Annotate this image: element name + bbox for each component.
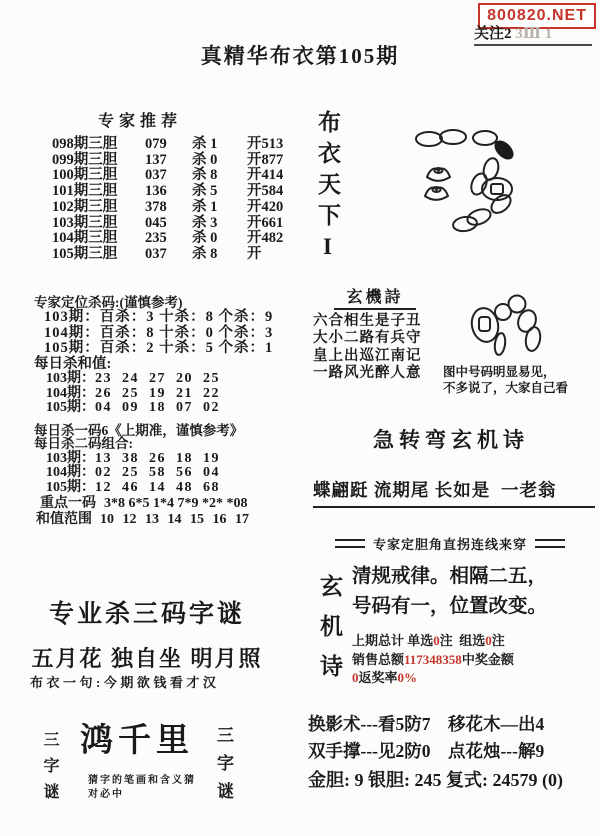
ring-icon [524,326,542,352]
period-cell: 098期三胆 [52,137,145,153]
three-code-riddle-line: 五月花 独自坐 明月照 [22,642,272,673]
coin-icon [482,178,512,200]
sum-range-line: 和值范围10 12 13 14 15 16 17 [36,508,249,528]
expert-recommend-table: 098期三胆079杀 1开513 099期三胆137杀 0开877 100期三胆… [52,137,283,263]
period-cell: 100期三胆 [52,168,145,184]
dan-cell: 037 [145,247,192,263]
divider-bar-icon [535,539,565,548]
position-kill-row: 104期：百杀：8 十杀：0 个杀：3 [34,326,273,342]
position-kill-section: 专家定位杀码:(谨慎参考) 103期：百杀：3 十杀：8 个杀：9 104期：百… [34,295,273,357]
daily-sum-row: 103期：23 24 27 20 25 [34,372,220,387]
three-code-riddle-title: 专业杀三码字谜 [22,594,272,630]
stats-text: 上期总计 单选 [352,633,433,648]
xuanji-poem-vertical-title: 玄机诗 [313,574,346,694]
daily-sum-row: 105期：04 09 18 07 02 [34,401,220,416]
chain-link-icon [416,132,442,146]
divider-bar-icon [335,539,365,548]
three-word-riddle-note2: 对必中 [88,785,124,800]
sales-total-line: 销售总额117348358中奖金额 [352,649,514,668]
position-kill-row: 103期：百杀：3 十杀：8 个杀：9 [34,310,273,326]
caption-line: 不多说了，大家自己看 [443,380,568,396]
kill-cell: 杀 5 [192,184,247,200]
coin-rings-drawing [470,294,548,362]
row-label: 104期： [46,466,95,481]
coin-chain-drawing [415,128,520,236]
daily-two-row: 104期：02 25 58 56 04 [34,466,220,481]
last-period-stats: 上期总计 单选0注 组选0注 [352,630,505,649]
mystery-poem-lines: 六合相生是子丑 大小二路有兵守 皇上出巡江南记 一路风光醉人意 [313,313,437,383]
buyi-sentence: 布衣一句:今期欲钱看才汉 [30,672,219,691]
coin-hole-icon [491,184,503,194]
sum-range-value: 10 12 13 14 15 16 17 [100,512,249,527]
period-cell: 103期三胆 [52,216,145,232]
row-label: 104期： [46,387,95,402]
open-cell: 开661 [247,216,283,232]
caption-line: 图中号码明显易见， [443,364,568,380]
row-numbers: 26 25 19 21 22 [95,387,220,402]
sales-suffix: 中奖金额 [462,652,514,667]
three-word-riddle-label-left: 三字谜 [38,731,61,809]
kill-cell: 杀 1 [192,137,247,153]
dan-cell: 037 [145,168,192,184]
buyi-tianxia-vertical-title: 布衣天下I [311,110,344,267]
kill-cell: 杀 3 [192,216,247,232]
chain-link-icon [440,130,466,144]
xuanji-line: 清规戒律。相隔二五， [352,562,598,592]
three-word-riddle-note1: 猜字的笔画和含义猜 [88,771,196,786]
kill-cell: 杀 0 [192,231,247,247]
daily-sum-kill-title: 每日杀和值: [34,356,220,372]
kill-cell: 杀 1 [192,200,247,216]
poem-line: 大小二路有兵守 [313,330,437,347]
poem-line: 六合相生是子丑 [313,313,437,330]
chain-link-icon [473,131,497,145]
open-cell: 开482 [247,231,283,247]
period-cell: 101期三胆 [52,184,145,200]
dan-cell: 136 [145,184,192,200]
daily-two-code-title: 每日杀二码组合: [34,437,220,452]
position-kill-row: 105期：百杀：2 十杀：5 个杀：1 [34,341,273,357]
page-title: 真精华布衣第105期 [0,40,600,70]
period-cell: 105期三胆 [52,247,145,263]
tip-line-1: 换影术---看5防7 移花木—出4 [308,711,544,736]
table-row: 102期三胆378杀 1开420 [52,200,283,216]
open-cell: 开584 [247,184,283,200]
tip-line-2: 双手撑---见2防0 点花烛---解9 [308,738,544,763]
open-cell: 开 [247,247,262,263]
stats-text: 注 组选 [440,633,486,648]
sharp-turn-poem-title: 急转弯玄机诗 [305,424,597,454]
open-cell: 开414 [247,168,283,184]
rate-value: 0% [398,670,418,685]
dan-cell: 235 [145,231,192,247]
table-row: 098期三胆079杀 1开513 [52,137,283,153]
table-row: 105期三胆037杀 8开 [52,247,283,263]
mystery-poem-section: 玄機詩 六合相生是子丑 大小二路有兵守 皇上出巡江南记 一路风光醉人意 [313,284,437,383]
period-cell: 104期三胆 [52,231,145,247]
row-label: 105期： [46,401,95,416]
open-cell: 开420 [247,200,283,216]
daily-sum-row: 104期：26 25 19 21 22 [34,387,220,402]
row-numbers: 23 24 27 20 25 [95,372,220,387]
mystery-poem-title: 玄機詩 [334,284,415,310]
sum-range-label: 和值范围 [36,512,92,527]
daily-two-code-section: 每日杀二码组合: 103期：13 38 26 18 19 104期：02 25 … [34,437,220,496]
table-row: 101期三胆136杀 5开584 [52,184,283,200]
sales-label: 销售总额 [352,652,404,667]
dan-cell: 079 [145,137,192,153]
expert-recommend-title: 专家推荐 [30,108,250,131]
expert-dan-divider: 专家定胆角直拐连线来穿 [303,534,597,553]
kill-cell: 杀 8 [192,168,247,184]
drawing-caption: 图中号码明显易见， 不多说了，大家自己看 [443,364,568,396]
open-cell: 开513 [247,137,283,153]
row-label: 103期： [46,372,95,387]
position-kill-title: 专家定位杀码:(谨慎参考) [34,295,273,310]
sharp-turn-poem-line: 蝶翩跹 流期尾 长如是 一老翁 [313,477,595,508]
xuanji-poem-text: 清规戒律。相隔二五， 号码有一，位置改变。 [352,562,598,622]
coin-hole-icon [479,317,490,331]
table-row: 104期三胆235杀 0开482 [52,231,283,247]
dan-cell: 137 [145,153,192,169]
divider-text: 专家定胆角直拐连线来穿 [373,534,527,553]
return-rate-line: 0返奖率0% [352,667,417,686]
row-numbers: 04 09 18 07 02 [95,401,220,416]
chain-link-icon [468,171,489,197]
poem-line: 皇上出巡江南记 [313,348,437,365]
rate-label: 返奖率 [359,670,398,685]
row-numbers: 02 25 58 56 04 [95,466,220,481]
poem-line: 一路风光醉人意 [313,365,437,382]
ingot-icon [425,187,448,200]
ingot-icon [427,168,450,181]
three-word-riddle-label-right: 三字谜 [211,726,236,810]
xuanji-line: 号码有一，位置改变。 [352,592,598,622]
dan-cell: 378 [145,200,192,216]
table-row: 103期三胆045杀 3开661 [52,216,283,232]
lottery-scan-page: 800820.NET 关注2 3Ⅲ 1 真精华布衣第105期 专家推荐 098期… [0,0,600,836]
daily-sum-kill-section: 每日杀和值: 103期：23 24 27 20 25 104期：26 25 19… [34,356,220,416]
table-row: 100期三胆037杀 8开414 [52,168,283,184]
period-cell: 102期三胆 [52,200,145,216]
kill-cell: 杀 8 [192,247,247,263]
ring-icon [509,296,526,313]
row-numbers: 13 38 26 18 19 [95,452,220,467]
sales-amount: 117348358 [404,652,462,667]
three-word-riddle-answer: 鸿千里 [80,714,194,761]
gold-silver-dan-line: 金胆: 9 银胆: 245 复式: 24579 (0) [308,766,563,792]
stats-text: 注 [492,633,505,648]
dan-cell: 045 [145,216,192,232]
